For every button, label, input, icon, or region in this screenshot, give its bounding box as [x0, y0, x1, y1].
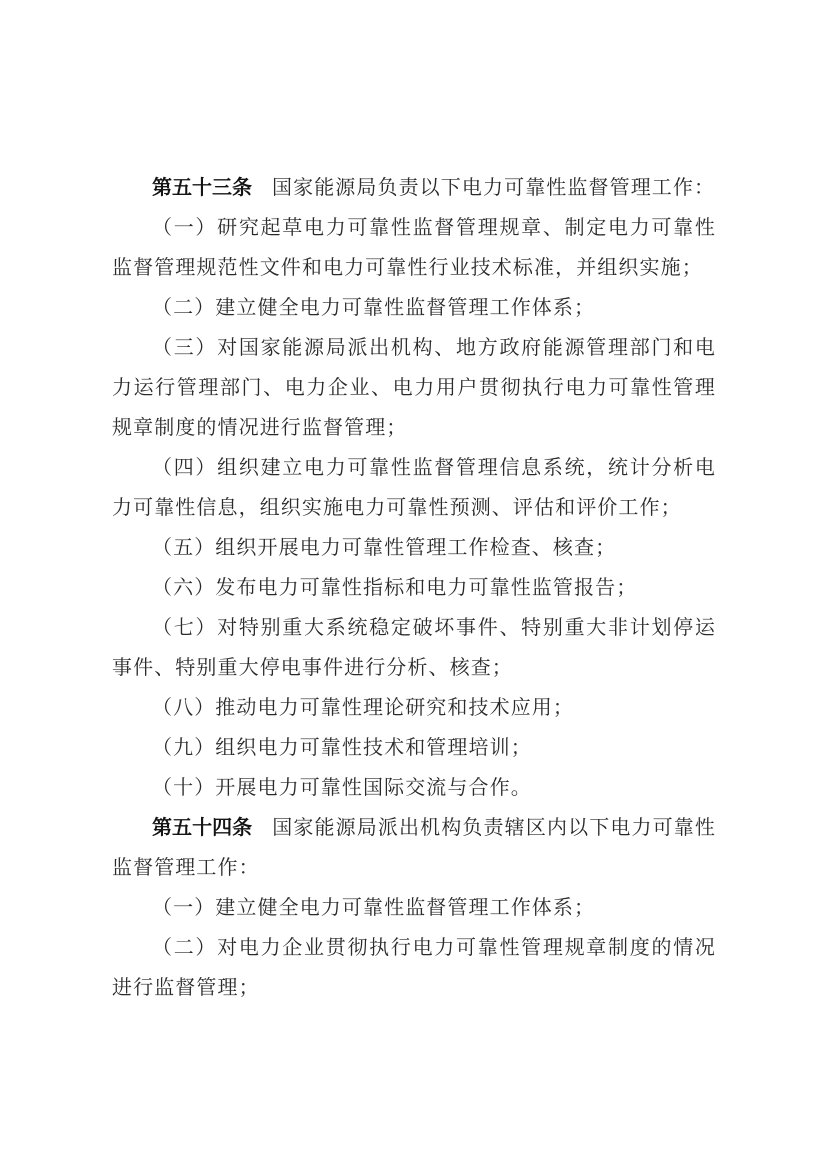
article-item: （四）组织建立电力可靠性监督管理信息系统，统计分析电力可靠性信息，组织实施电力可… — [112, 448, 716, 528]
article-item: （九）组织电力可靠性技术和管理培训； — [112, 728, 716, 768]
article-item: （八）推动电力可靠性理论研究和技术应用； — [112, 688, 716, 728]
article-item: （三）对国家能源局派出机构、地方政府能源管理部门和电力运行管理部门、电力企业、电… — [112, 328, 716, 448]
article-heading-paragraph: 第五十三条国家能源局负责以下电力可靠性监督管理工作： — [112, 168, 716, 208]
article-item: （十）开展电力可靠性国际交流与合作。 — [112, 768, 716, 808]
article-item: （六）发布电力可靠性指标和电力可靠性监管报告； — [112, 568, 716, 608]
article-item: （一）研究起草电力可靠性监督管理规章、制定电力可靠性监督管理规范性文件和电力可靠… — [112, 208, 716, 288]
article-item: （二）建立健全电力可靠性监督管理工作体系； — [112, 288, 716, 328]
article-item: （五）组织开展电力可靠性管理工作检查、核查； — [112, 528, 716, 568]
article-number: 第五十三条 — [152, 177, 252, 199]
article-heading-paragraph: 第五十四条国家能源局派出机构负责辖区内以下电力可靠性监督管理工作： — [112, 808, 716, 888]
document-page: 第五十三条国家能源局负责以下电力可靠性监督管理工作：（一）研究起草电力可靠性监督… — [0, 0, 827, 1169]
document-content: 第五十三条国家能源局负责以下电力可靠性监督管理工作：（一）研究起草电力可靠性监督… — [112, 0, 716, 1008]
article-number: 第五十四条 — [152, 817, 252, 839]
article-item: （一）建立健全电力可靠性监督管理工作体系； — [112, 888, 716, 928]
article-item: （七）对特别重大系统稳定破坏事件、特别重大非计划停运事件、特别重大停电事件进行分… — [112, 608, 716, 688]
article-intro: 国家能源局负责以下电力可靠性监督管理工作： — [272, 177, 715, 199]
article-item: （二）对电力企业贯彻执行电力可靠性管理规章制度的情况进行监督管理； — [112, 928, 716, 1008]
